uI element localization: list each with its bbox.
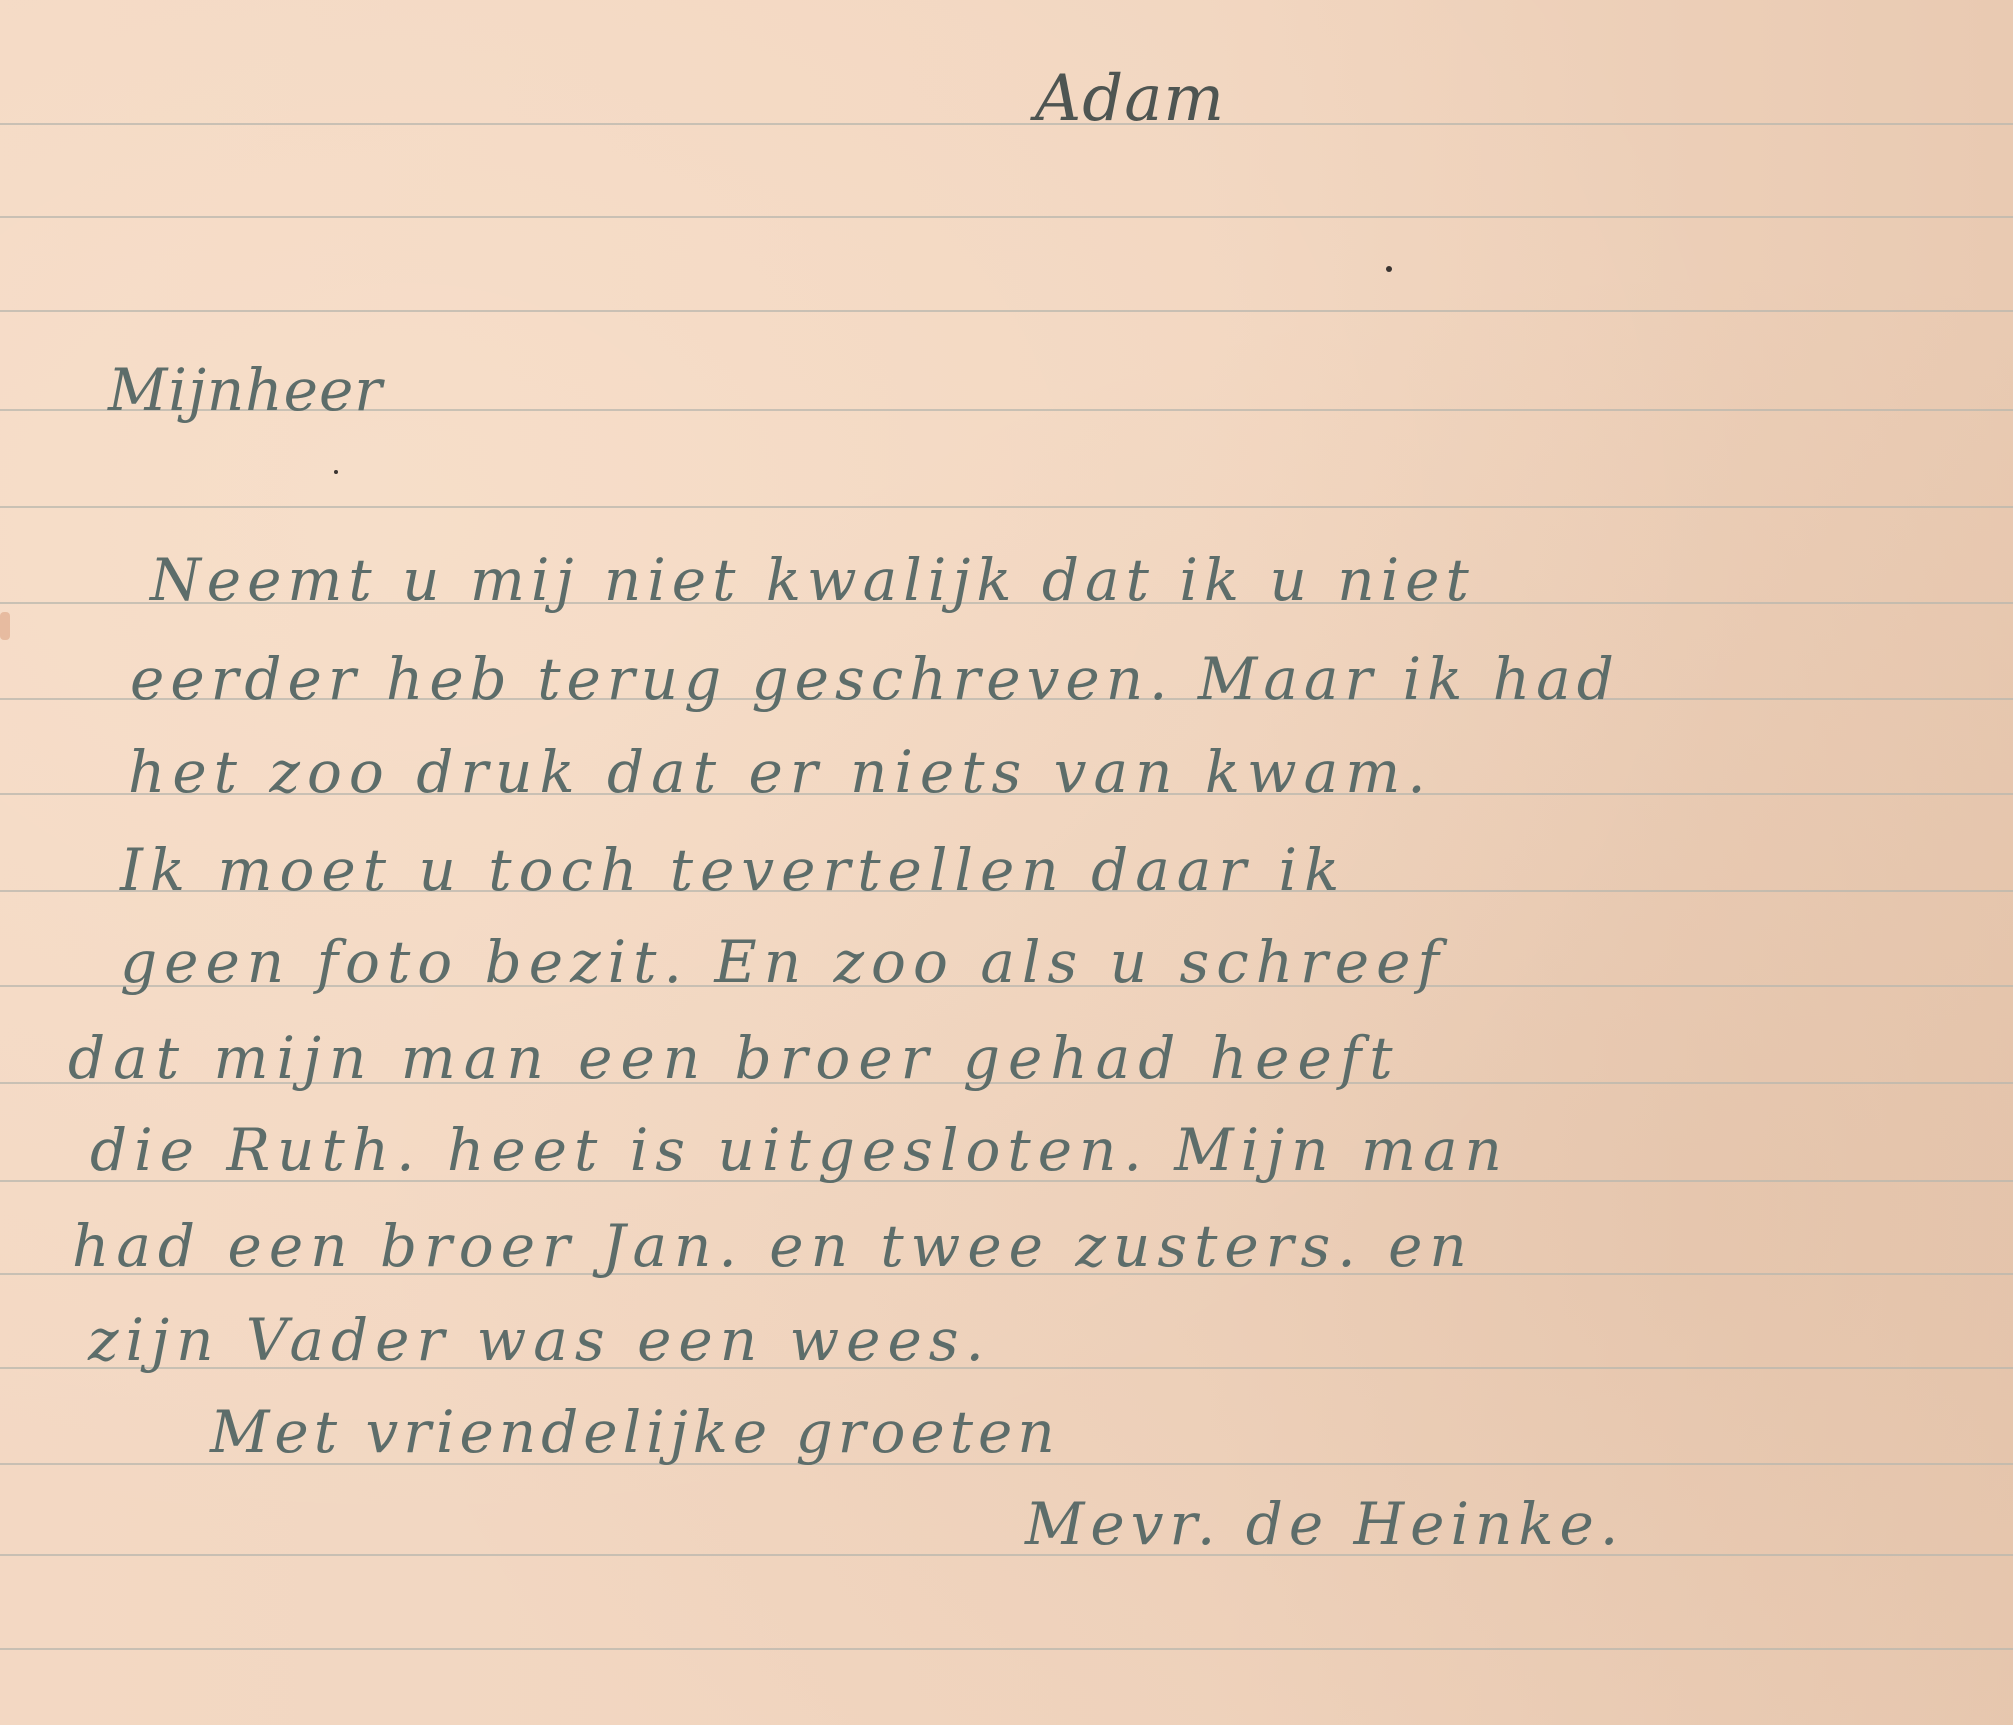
ruled-line bbox=[0, 1554, 2013, 1556]
paper-stain bbox=[0, 612, 10, 640]
ink-dot bbox=[334, 470, 338, 474]
letter-line: had een broer Jan. en twee zusters. en bbox=[72, 1212, 1474, 1280]
ruled-line bbox=[0, 123, 2013, 125]
letter-line: geen foto bezit. En zoo als u schreef bbox=[120, 928, 1446, 996]
letter-closing: Met vriendelijke groeten bbox=[210, 1398, 1060, 1466]
letter-line: zijn Vader was een wees. bbox=[88, 1306, 991, 1374]
letter-heading: Adam bbox=[1035, 62, 1225, 136]
letter-line: Ik moet u toch tevertellen daar ik bbox=[120, 836, 1346, 904]
letter-page: Adam Mijnheer Neemt u mij niet kwalijk d… bbox=[0, 0, 2013, 1725]
ruled-line bbox=[0, 506, 2013, 508]
letter-line: Neemt u mij niet kwalijk dat ik u niet bbox=[150, 546, 1475, 614]
ruled-line bbox=[0, 1648, 2013, 1650]
ruled-line bbox=[0, 310, 2013, 312]
letter-line: het zoo druk dat er niets van kwam. bbox=[128, 738, 1433, 806]
letter-salutation: Mijnheer bbox=[108, 356, 383, 424]
letter-line: eerder heb terug geschreven. Maar ik had bbox=[130, 645, 1620, 713]
letter-line: die Ruth. heet is uitgesloten. Mijn man bbox=[90, 1116, 1509, 1184]
letter-line: dat mijn man een broer gehad heeft bbox=[68, 1024, 1401, 1092]
letter-signature: Mevr. de Heinke. bbox=[1025, 1490, 1624, 1558]
ruled-line bbox=[0, 216, 2013, 218]
ink-dot bbox=[1386, 266, 1392, 272]
